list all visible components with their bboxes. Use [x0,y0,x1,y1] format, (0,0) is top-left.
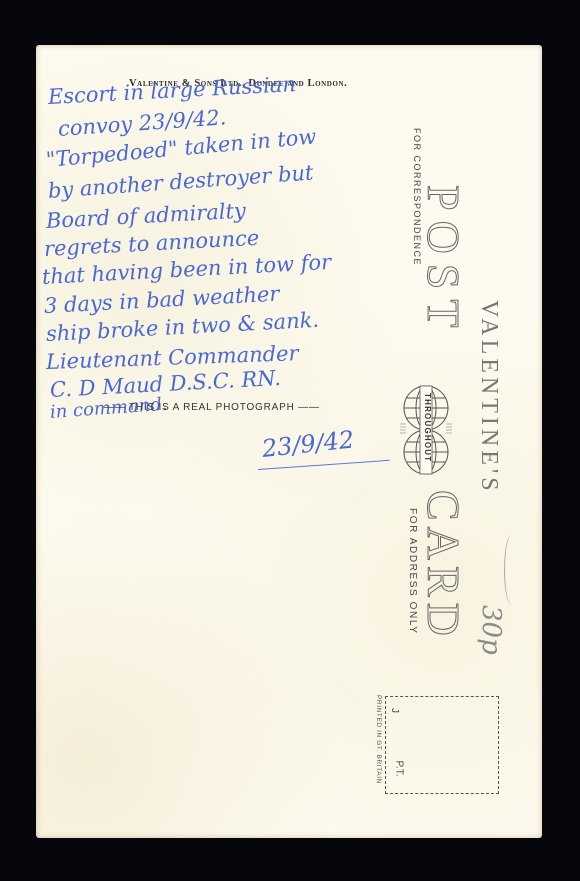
valentines-brand: VALENTINE'S [475,300,502,495]
handwritten-line: Escort in large Russian [47,72,296,109]
stamp-mark-bottom: P.T. [393,761,404,777]
handwritten-date: 23/9/42 [261,425,356,463]
stamp-mark-top: J [389,708,400,713]
pencil-price-note: 30p [476,605,506,655]
card-title: CARD [417,490,470,642]
emblem-text: THROUGHOUT [423,393,432,462]
printed-in-label: PRINTED IN GT. BRITAIN [375,695,382,784]
pencil-mark [504,535,519,605]
real-photograph-line: —— THIS IS A REAL PHOTOGRAPH —— [104,402,320,413]
post-title: POST [417,185,470,337]
for-address-label: FOR ADDRESS ONLY [407,508,418,635]
postcard-back: Valentine & Sons Ltd., Dundee and London… [36,45,542,838]
stamp-box: J P.T. [385,696,499,794]
